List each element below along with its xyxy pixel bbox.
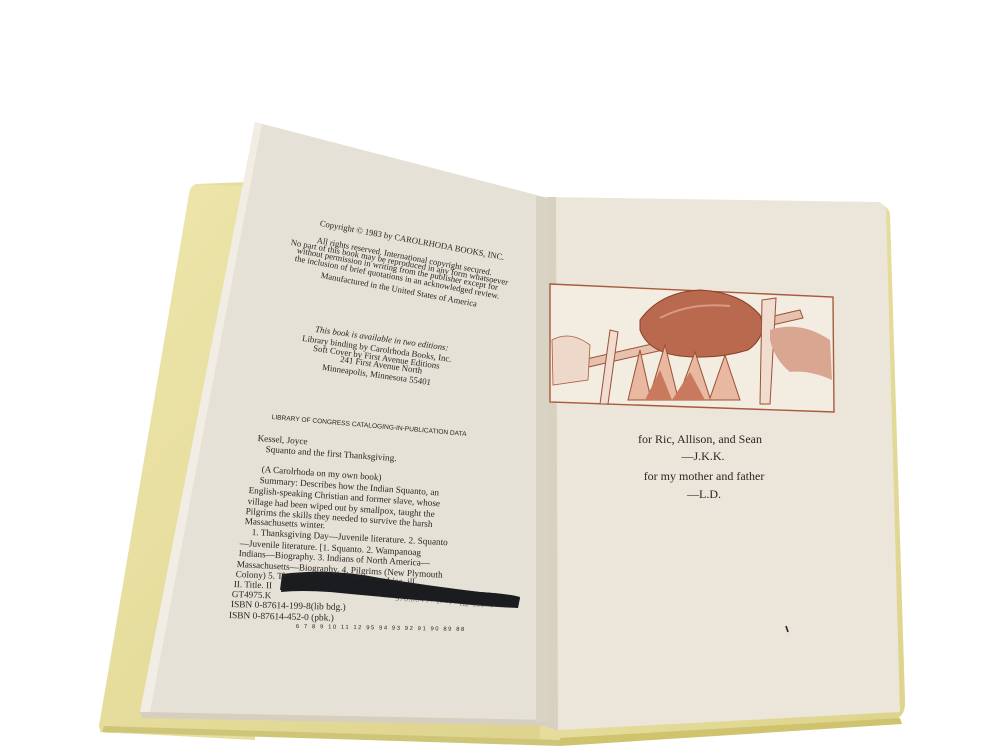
redaction-overlay [0,0,1000,750]
dedication-2: for my mother and father [0,469,1000,484]
dedication-1-signature: —J.K.K. [0,449,1000,464]
dedication-1-text: for Ric, Allison, and Sean [638,432,762,446]
dedication-1: for Ric, Allison, and Sean [0,432,1000,447]
book-photo: Copyright © 1983 by CAROLRHODA BOOKS, IN… [0,0,1000,750]
dedication-2-signature: —L.D. [0,487,1000,502]
dedication-2-text: for my mother and father [644,469,765,483]
